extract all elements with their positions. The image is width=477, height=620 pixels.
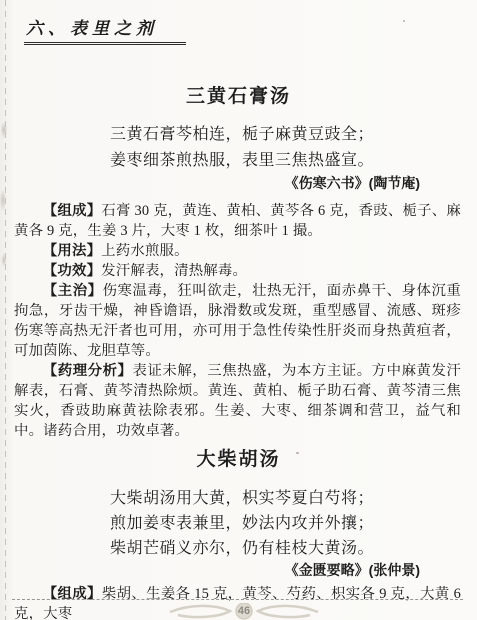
footer-divider-line (12, 599, 463, 600)
formula-verse: 大柴胡汤用大黄，枳实芩夏白芍将； 煎加姜枣表兼里，妙法内攻并外攘； 柴胡芒硝义亦… (110, 485, 477, 560)
paragraph-indications: 【主治】伤寒温毒，狂叫欲走，壮热无汗，面赤鼻干、身体沉重拘急，牙齿干燥，神昏谵语… (14, 281, 461, 361)
paragraph-effect: 【功效】发汗解表，清热解毒。 (14, 261, 461, 281)
source-attribution: 《金匮要略》(张仲景) (0, 560, 477, 580)
source-attribution: 《伤寒六书》(陶节庵) (0, 173, 477, 193)
formula-title-sanhuang-shigao-tang: 三黄石膏汤 (0, 83, 477, 111)
paragraph-text: 上药水煎服。 (101, 243, 189, 259)
verse-line: 柴胡芒硝义亦尔，仍有桂枝大黄汤。 (110, 535, 477, 560)
paragraph-usage: 【用法】上药水煎服。 (14, 241, 461, 261)
running-head-text: 六、表里之剂 (24, 14, 186, 45)
verse-line: 姜枣细茶煎热服，表里三焦热盛宣。 (110, 147, 477, 173)
verse-line: 大柴胡汤用大黄，枳实芩夏白芍将； (110, 485, 477, 510)
scan-speck (296, 452, 299, 454)
paragraph-label: 【功效】 (43, 263, 101, 279)
verse-line: 三黄石膏芩柏连，栀子麻黄豆豉全； (110, 121, 477, 147)
book-page: 六、表里之剂 三黄石膏汤 三黄石膏芩柏连，栀子麻黄豆豉全； 姜枣细茶煎热服，表里… (0, 0, 477, 620)
page-number: 46 (160, 603, 328, 620)
verse-line: 煎加姜枣表兼里，妙法内攻并外攘； (110, 510, 477, 535)
running-head: 六、表里之剂 (24, 14, 477, 45)
formula-verse: 三黄石膏芩柏连，栀子麻黄豆豉全； 姜枣细茶煎热服，表里三焦热盛宣。 (110, 121, 477, 173)
formula-title-da-chaihu-tang: 大柴胡汤 (0, 447, 477, 473)
page-number-ornament: 46 (160, 603, 328, 620)
paragraph-label: 【药理分析】 (43, 363, 133, 379)
scan-smudge (0, 110, 9, 290)
paragraph-text: 发汗解表，清热解毒。 (101, 263, 247, 279)
scan-binding-edge (5, 0, 6, 620)
paragraph-label: 【主治】 (43, 283, 103, 299)
paragraph-pharmacology: 【药理分析】表证未解，三焦热盛，为本方主证。方中麻黄发汗解表，石膏、黄芩清热除烦… (14, 361, 461, 441)
paragraph-label: 【组成】 (43, 203, 102, 219)
formula-body: 【组成】石膏 30 克，黄连、黄柏、黄芩各 6 克，香豉、栀子、麻黄各 9 克，… (14, 201, 461, 441)
scan-speck (403, 20, 405, 22)
paragraph-composition: 【组成】石膏 30 克，黄连、黄柏、黄芩各 6 克，香豉、栀子、麻黄各 9 克，… (14, 201, 461, 241)
paragraph-label: 【用法】 (43, 243, 101, 259)
